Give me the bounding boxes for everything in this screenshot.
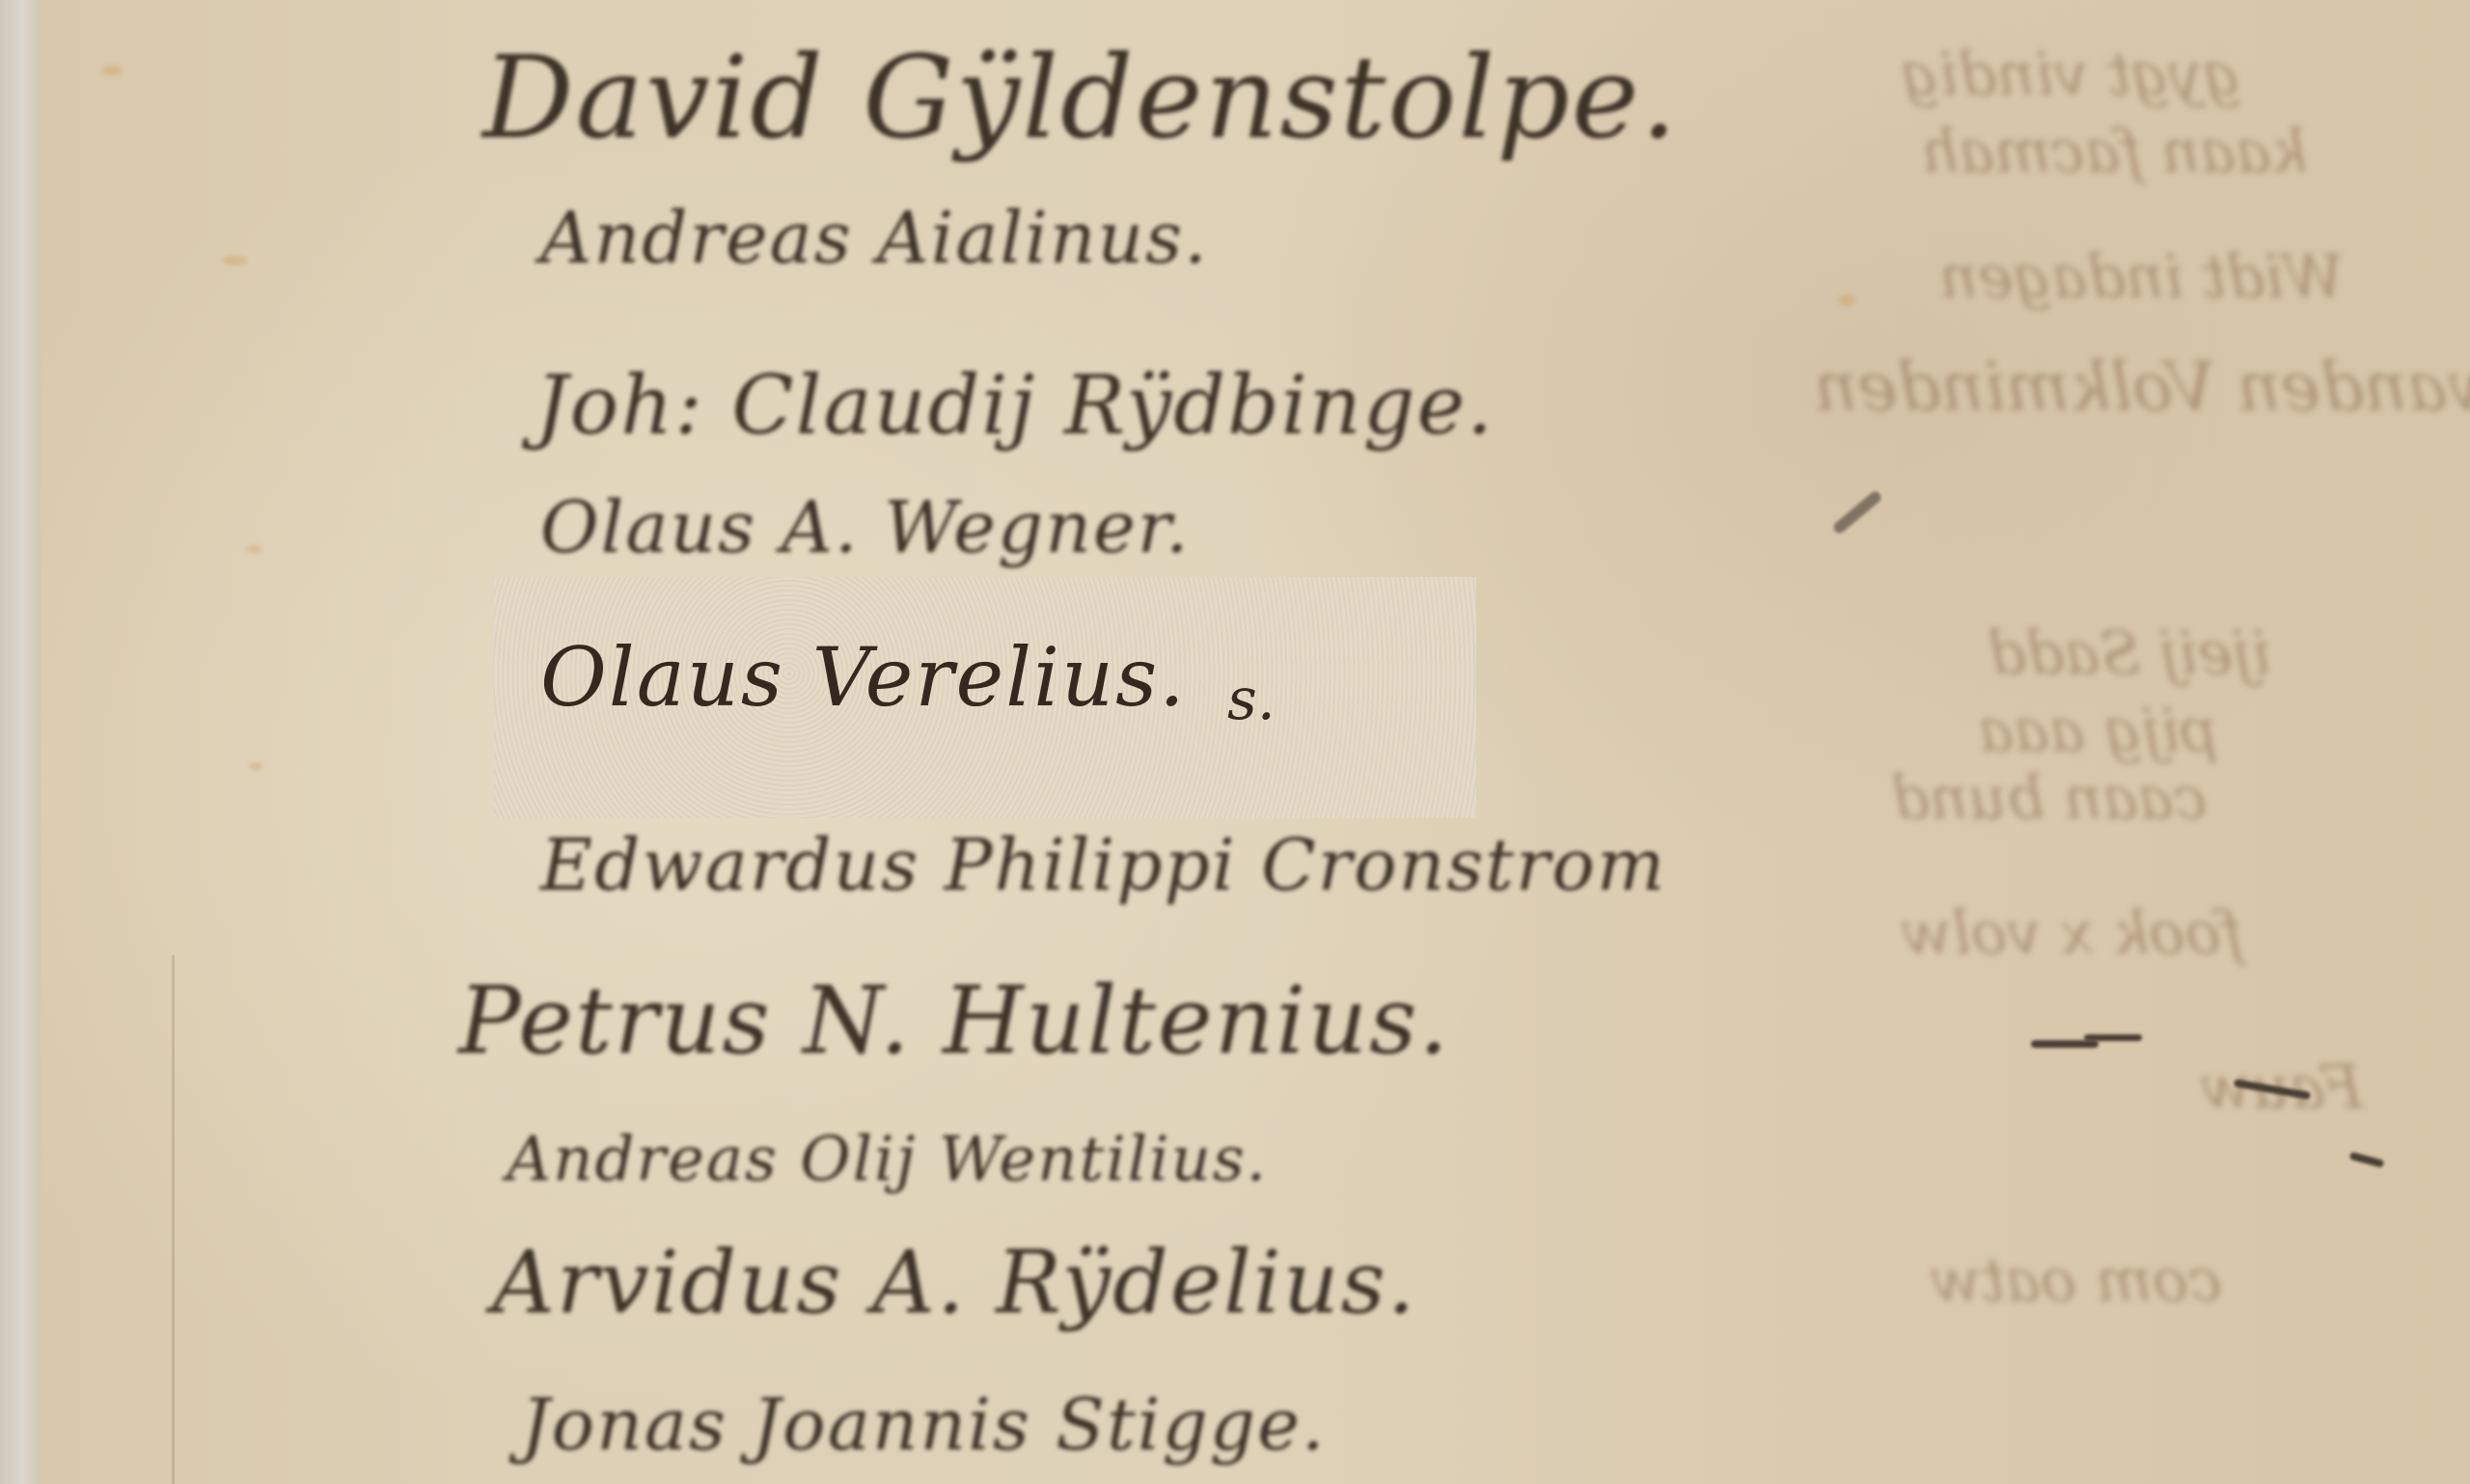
register-entry-focused: Olaus Verelius. (540, 637, 1187, 718)
foxing-stain (101, 66, 123, 75)
bleed-through-text: ijeij Sadd (1988, 618, 2270, 688)
bleed-through-text: pijg aaa (1978, 695, 2218, 765)
bleed-through-text: fook x volw (1901, 897, 2243, 968)
ink-stroke (1831, 489, 1883, 536)
entry-mark: s. (1227, 666, 1276, 733)
register-entry: Arvidus A. Rÿdelius. (492, 1240, 1416, 1327)
bleed-through-text: Widt indagen (1939, 241, 2345, 312)
foxing-stain (246, 545, 261, 553)
register-entry: Andreas Olij Wentilius. (507, 1129, 1268, 1191)
register-entry: Joh: Claudij Rÿdbinge. (535, 365, 1495, 446)
ink-stroke (2349, 1151, 2385, 1168)
register-entry: Jonas Joannis Stigge. (521, 1389, 1326, 1461)
binding-edge (0, 0, 41, 1484)
register-entry: David Gÿldenstolpe. (482, 41, 1679, 154)
bleed-through-text: wanden Volkminden (1814, 347, 2470, 426)
bleed-through-text: caan bund (1891, 762, 2208, 833)
register-entry: Andreas Aialinus. (540, 203, 1209, 274)
bleed-through-text: com oatw (1930, 1245, 2222, 1315)
ink-stroke (2084, 1034, 2142, 1041)
bleed-through-text: gygt vindig (1901, 39, 2241, 109)
ink-stroke (2031, 1040, 2099, 1048)
foxing-stain (249, 762, 262, 770)
register-entry: Olaus A. Wegner. (540, 492, 1191, 563)
foxing-stain (222, 256, 247, 265)
bleed-through-text: kaan facmah (1920, 116, 2307, 186)
manuscript-page: gygt vindig kaan facmah Widt indagen wan… (0, 0, 2470, 1484)
register-entry: Petrus N. Hultenius. (458, 975, 1450, 1067)
ruled-margin-line (172, 955, 175, 1484)
register-entry: Edwardus Philippi Cronstrom (540, 830, 1666, 901)
focused-inset-strip: Olaus Verelius. s. (494, 577, 1476, 818)
foxing-stain (1838, 294, 1855, 306)
